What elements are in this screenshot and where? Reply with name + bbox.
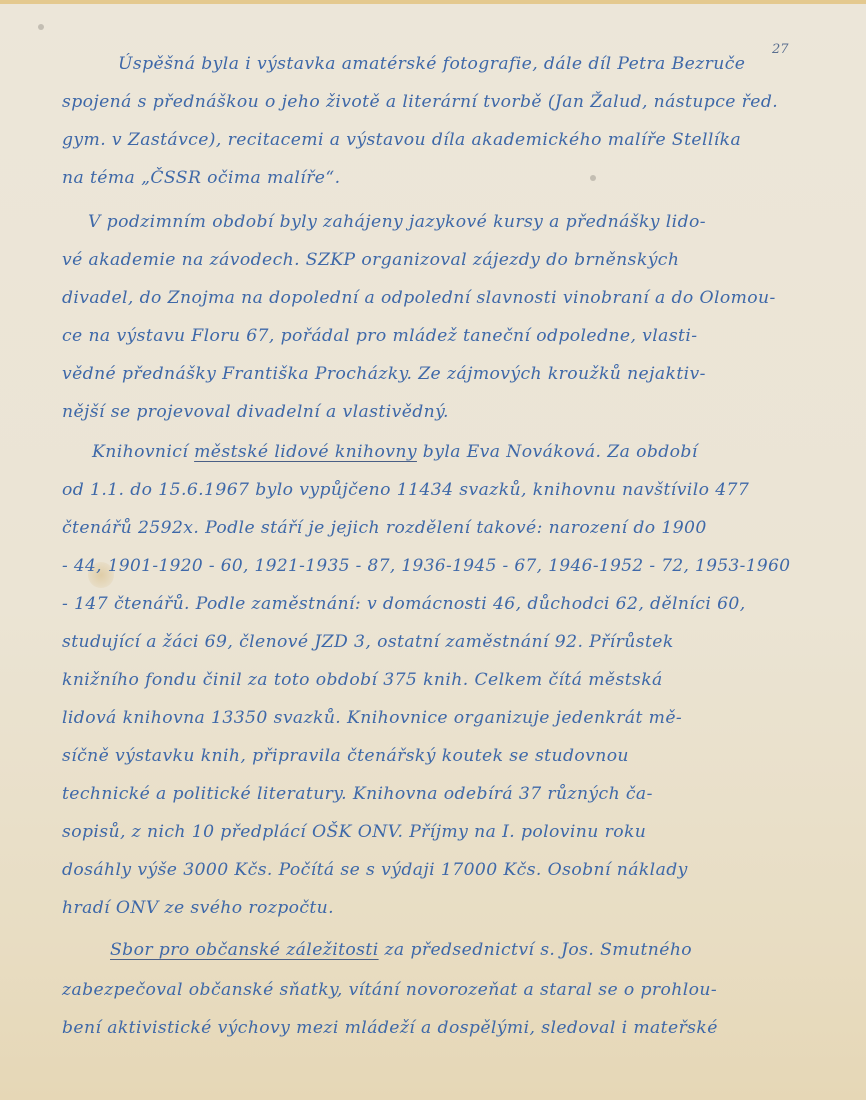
text-line: vědné přednášky Františka Procházky. Ze … [62, 364, 706, 384]
text-line: čtenářů 2592x. Podle stáří je jejich roz… [62, 518, 707, 538]
text-line: od 1.1. do 15.6.1967 bylo vypůjčeno 1143… [62, 480, 749, 500]
paper-spot [590, 175, 596, 181]
text-line: divadel, do Znojma na dopolední a odpole… [62, 288, 776, 308]
text-line: Knihovnicí městské lidové knihovny byla … [92, 442, 698, 462]
text-line: vé akademie na závodech. SZKP organizova… [62, 250, 679, 270]
text-line: studující a žáci 69, členové JZD 3, osta… [62, 632, 674, 652]
underlined-heading: městské lidové knihovny [194, 442, 417, 462]
text-line: V podzimním období byly zahájeny jazykov… [88, 212, 706, 232]
text-line: knižního fondu činil za toto období 375 … [62, 670, 663, 690]
text-line: gym. v Zastávce), recitacemi a výstavou … [62, 130, 741, 150]
text-line: na téma „ČSSR očima malíře“. [62, 168, 340, 188]
text-line: hradí ONV ze svého rozpočtu. [62, 898, 334, 918]
text-line: lidová knihovna 13350 svazků. Knihovnice… [62, 708, 682, 728]
paper-spot [38, 24, 44, 30]
text-line: - 147 čtenářů. Podle zaměstnání: v domác… [62, 594, 746, 614]
text-line: bení aktivistické výchovy mezi mládeží a… [62, 1018, 718, 1038]
text-line: ce na výstavu Floru 67, pořádal pro mlád… [62, 326, 697, 346]
underlined-heading: Sbor pro občanské záležitosti [110, 940, 379, 960]
text-line: síčně výstavku knih, připravila čtenářsk… [62, 746, 629, 766]
scanned-page: 27 Úspěšná byla i výstavka amatérské fot… [0, 0, 866, 1100]
page-number: 27 [772, 42, 789, 57]
text-line: spojená s přednáškou o jeho životě a lit… [62, 92, 778, 112]
text-line: nější se projevoval divadelní a vlastivě… [62, 402, 449, 422]
text-line: Sbor pro občanské záležitosti za předsed… [110, 940, 692, 960]
text-line: Úspěšná byla i výstavka amatérské fotogr… [118, 54, 745, 74]
text-line: zabezpečoval občanské sňatky, vítání nov… [62, 980, 717, 1000]
page-top-edge [0, 0, 866, 4]
text-line: technické a politické literatury. Knihov… [62, 784, 653, 804]
text-line: - 44, 1901-1920 - 60, 1921-1935 - 87, 19… [62, 556, 790, 576]
text-line: dosáhly výše 3000 Kčs. Počítá se s výdaj… [62, 860, 688, 880]
text-line: sopisů, z nich 10 předplácí OŠK ONV. Pří… [62, 822, 646, 842]
